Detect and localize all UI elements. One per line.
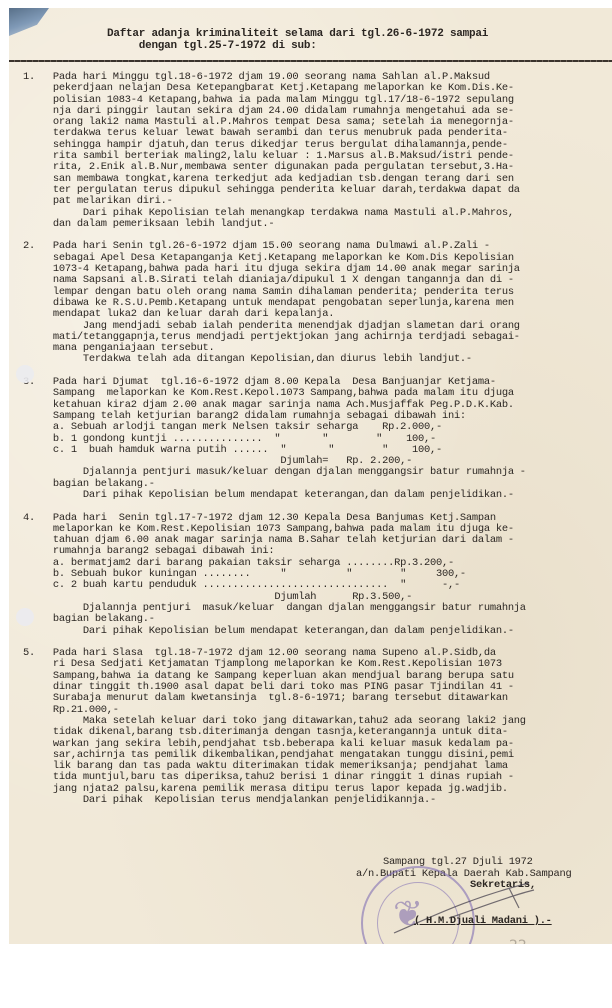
title-rule [9,60,612,62]
document-page: Daftar adanja kriminaliteit selama dari … [9,8,612,944]
corner-fold [9,8,49,36]
punch-hole [16,365,34,383]
handwritten-signature [389,878,539,938]
document-body: 1. Pada hari Minggu tgl.18-6-1972 djam 1… [23,72,526,806]
page-number: 22 [509,938,527,944]
signatory-name: ( H.M.Djuali Madani ).- [414,916,552,927]
document-title: Daftar adanja kriminaliteit selama dari … [107,28,488,52]
punch-hole [16,608,34,626]
